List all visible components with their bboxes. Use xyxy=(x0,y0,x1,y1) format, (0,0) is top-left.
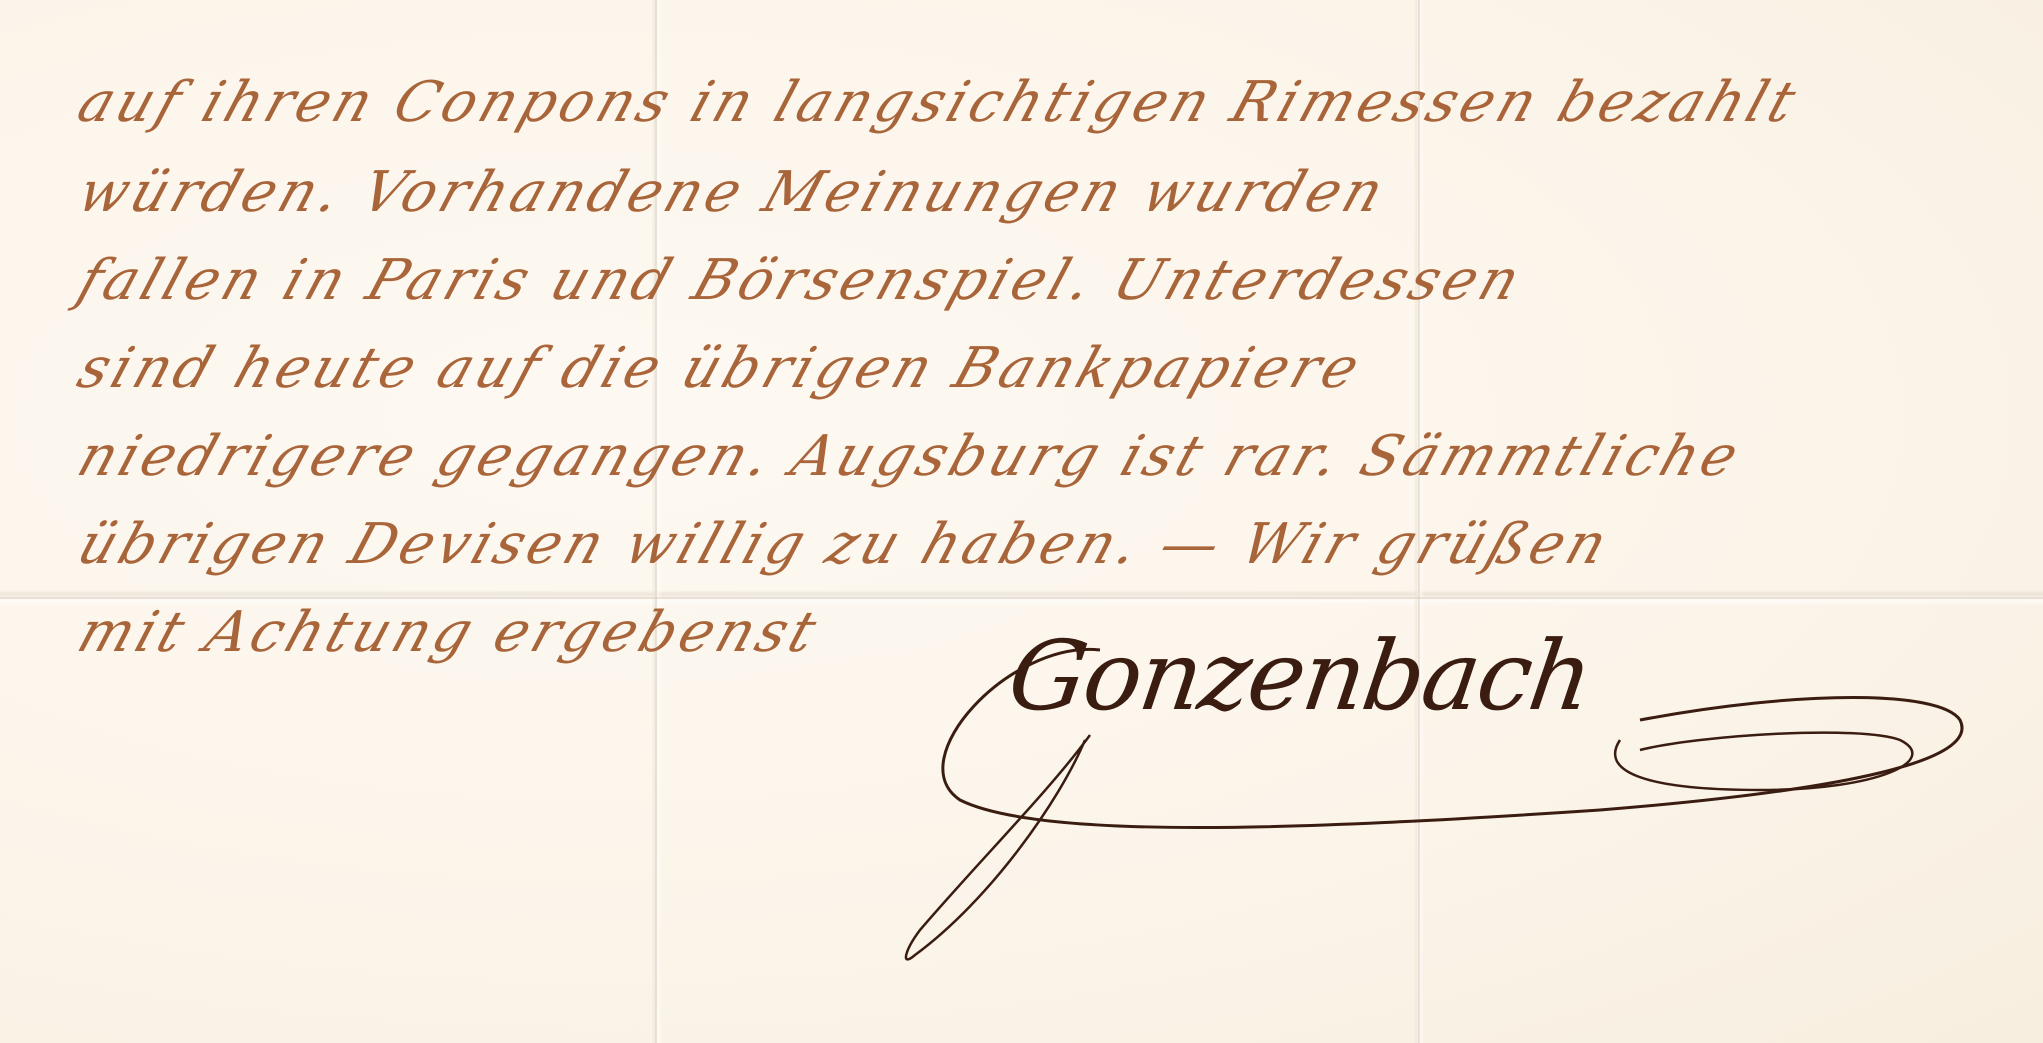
handwritten-line-1: auf ihren Conpons in langsichtigen Rimes… xyxy=(70,70,1807,135)
handwritten-line-7: mit Achtung ergebenst xyxy=(70,600,828,665)
handwritten-line-5: niedrigere gegangen. Augsburg ist rar. S… xyxy=(70,424,1750,489)
handwritten-line-6: übrigen Devisen willig zu haben. — Wir g… xyxy=(70,512,1619,577)
letter-page: auf ihren Conpons in langsichtigen Rimes… xyxy=(0,0,2043,1043)
handwritten-line-4: sind heute auf die übrigen Bankpapiere xyxy=(70,336,1371,401)
handwritten-line-2: würden. Vorhandene Meinungen wurden xyxy=(70,160,1395,225)
handwritten-line-3: fallen in Paris und Börsenspiel. Unterde… xyxy=(70,248,1531,313)
signature: Gonzenbach xyxy=(1002,620,1598,732)
horizontal-fold-line xyxy=(0,597,2043,599)
